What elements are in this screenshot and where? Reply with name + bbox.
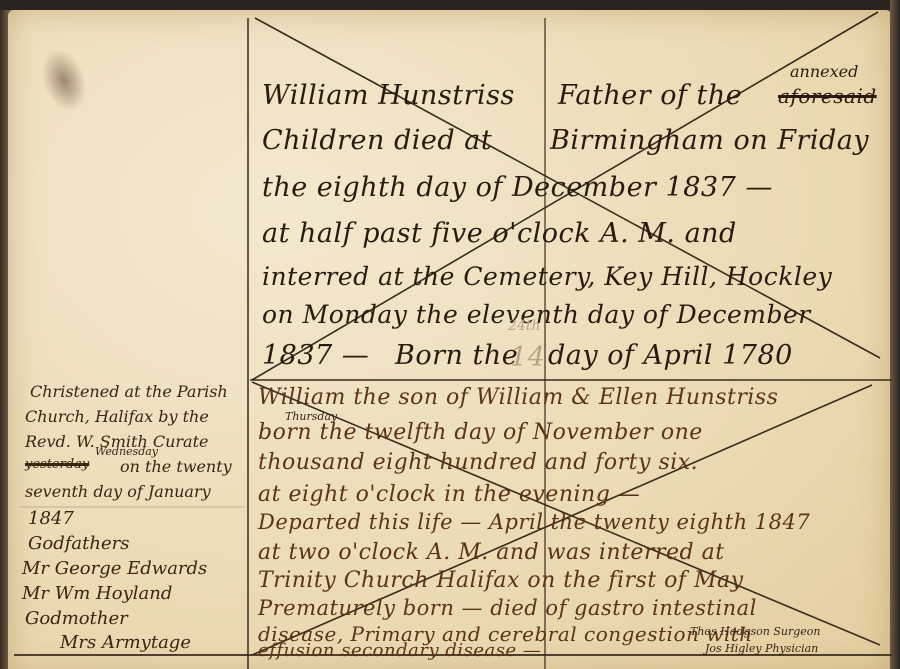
- pencil-day: 14: [510, 342, 545, 373]
- margin-line: Mrs Armytage: [60, 632, 191, 653]
- page-right-edge: [890, 0, 900, 669]
- entry-text-line: the eighth day of December 1837 —: [262, 172, 773, 203]
- entry-text-line: effusion secondary disease —: [258, 640, 541, 661]
- entry-text-line: day of April 1780: [548, 340, 793, 371]
- entry-text-line: thousand eight hundred and forty six.: [258, 450, 698, 475]
- struck-word: yesterday: [25, 457, 89, 472]
- pencil-annotation: 24th: [508, 318, 540, 334]
- entry-text-line: Birmingham on Friday: [550, 125, 869, 156]
- struck-word: aforesaid: [778, 84, 877, 108]
- entry-text-line: Father of the: [558, 80, 742, 111]
- entry-text-line: Trinity Church Halifax on the first of M…: [258, 568, 744, 593]
- margin-line: seventh day of January: [25, 482, 211, 501]
- inserted-word: annexed: [790, 62, 858, 81]
- entry-text-line: at two o'clock A. M. and was interred at: [258, 540, 725, 565]
- margin-line: Godmother: [25, 608, 128, 629]
- signature-surgeon: Thos Hodgson Surgeon: [690, 625, 820, 638]
- entry-text-line: Born the: [395, 340, 518, 371]
- entry-text-line: William Hunstriss: [262, 80, 515, 111]
- margin-line: Church, Halifax by the: [25, 407, 209, 426]
- entry-text-line: born the twelfth day of November one: [258, 420, 703, 445]
- signature-physician: Jos Higley Physician: [705, 642, 818, 655]
- margin-line: Mr George Edwards: [22, 558, 207, 579]
- margin-line: Mr Wm Hoyland: [22, 583, 172, 604]
- entry-text-line: at eight o'clock in the evening —: [258, 482, 640, 507]
- entry-text-line: 1837 —: [262, 340, 369, 371]
- ink-smudge: [33, 43, 95, 118]
- margin-line: 1847: [28, 508, 74, 529]
- margin-line: Godfathers: [28, 533, 129, 554]
- entry-text-line: Prematurely born — died of gastro intest…: [258, 596, 757, 620]
- entry-text-line: at half past five o'clock A. M. and: [262, 218, 737, 249]
- margin-line: on the twenty: [120, 457, 232, 476]
- entry-text-line: Children died at: [262, 125, 492, 156]
- entry-text-line: William the son of William & Ellen Hunst…: [258, 385, 778, 410]
- entry-text-line: interred at the Cemetery, Key Hill, Hock…: [262, 262, 832, 291]
- margin-line: Christened at the Parish: [30, 382, 228, 401]
- entry-text-line: Departed this life — April the twenty ei…: [258, 510, 810, 534]
